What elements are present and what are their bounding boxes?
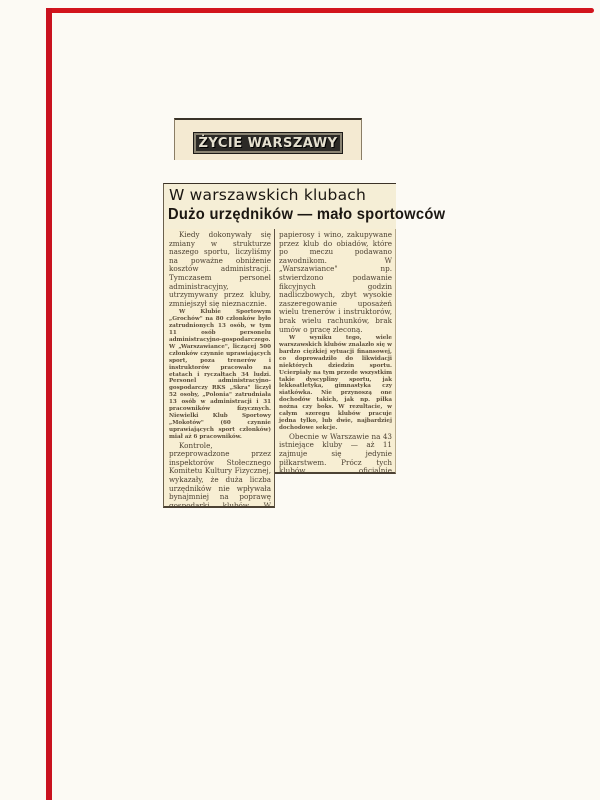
- article-column-left: Kiedy dokonywały się zmiany w strukturze…: [163, 229, 275, 508]
- newspaper-title: ŻYCIE WARSZAWY: [198, 136, 337, 151]
- paragraph-small-print: W Klubie Sportowym „Grochów" na 80 człon…: [169, 309, 271, 440]
- paragraph-small-print: W wyniku tego, wiele warszawskich klubów…: [279, 335, 392, 432]
- paragraph: Kiedy dokonywały się zmiany w strukturze…: [169, 231, 271, 308]
- scanned-page: ŻYCIE WARSZAWY W warszawskich klubach Du…: [0, 0, 600, 800]
- paragraph: Kontrole, przeprowadzone przez inspektor…: [169, 442, 271, 508]
- red-border-left: [46, 8, 52, 800]
- article-column-right: papierosy i wino, zakupywane przez klub …: [275, 229, 396, 474]
- paragraph: papierosy i wino, zakupywane przez klub …: [279, 231, 392, 334]
- red-border-top: [46, 8, 594, 13]
- masthead-clipping: ŻYCIE WARSZAWY: [174, 118, 362, 160]
- article-header: W warszawskich klubach Dużo urzędników —…: [163, 183, 396, 229]
- article-clipping: W warszawskich klubach Dużo urzędników —…: [163, 183, 396, 503]
- masthead-banner: ŻYCIE WARSZAWY: [193, 132, 343, 154]
- paragraph: Obecnie w Warszawie na 43 istniejące klu…: [279, 433, 392, 474]
- article-headline: Dużo urzędników — mało sportowców: [168, 206, 445, 224]
- article-kicker: W warszawskich klubach: [169, 186, 366, 204]
